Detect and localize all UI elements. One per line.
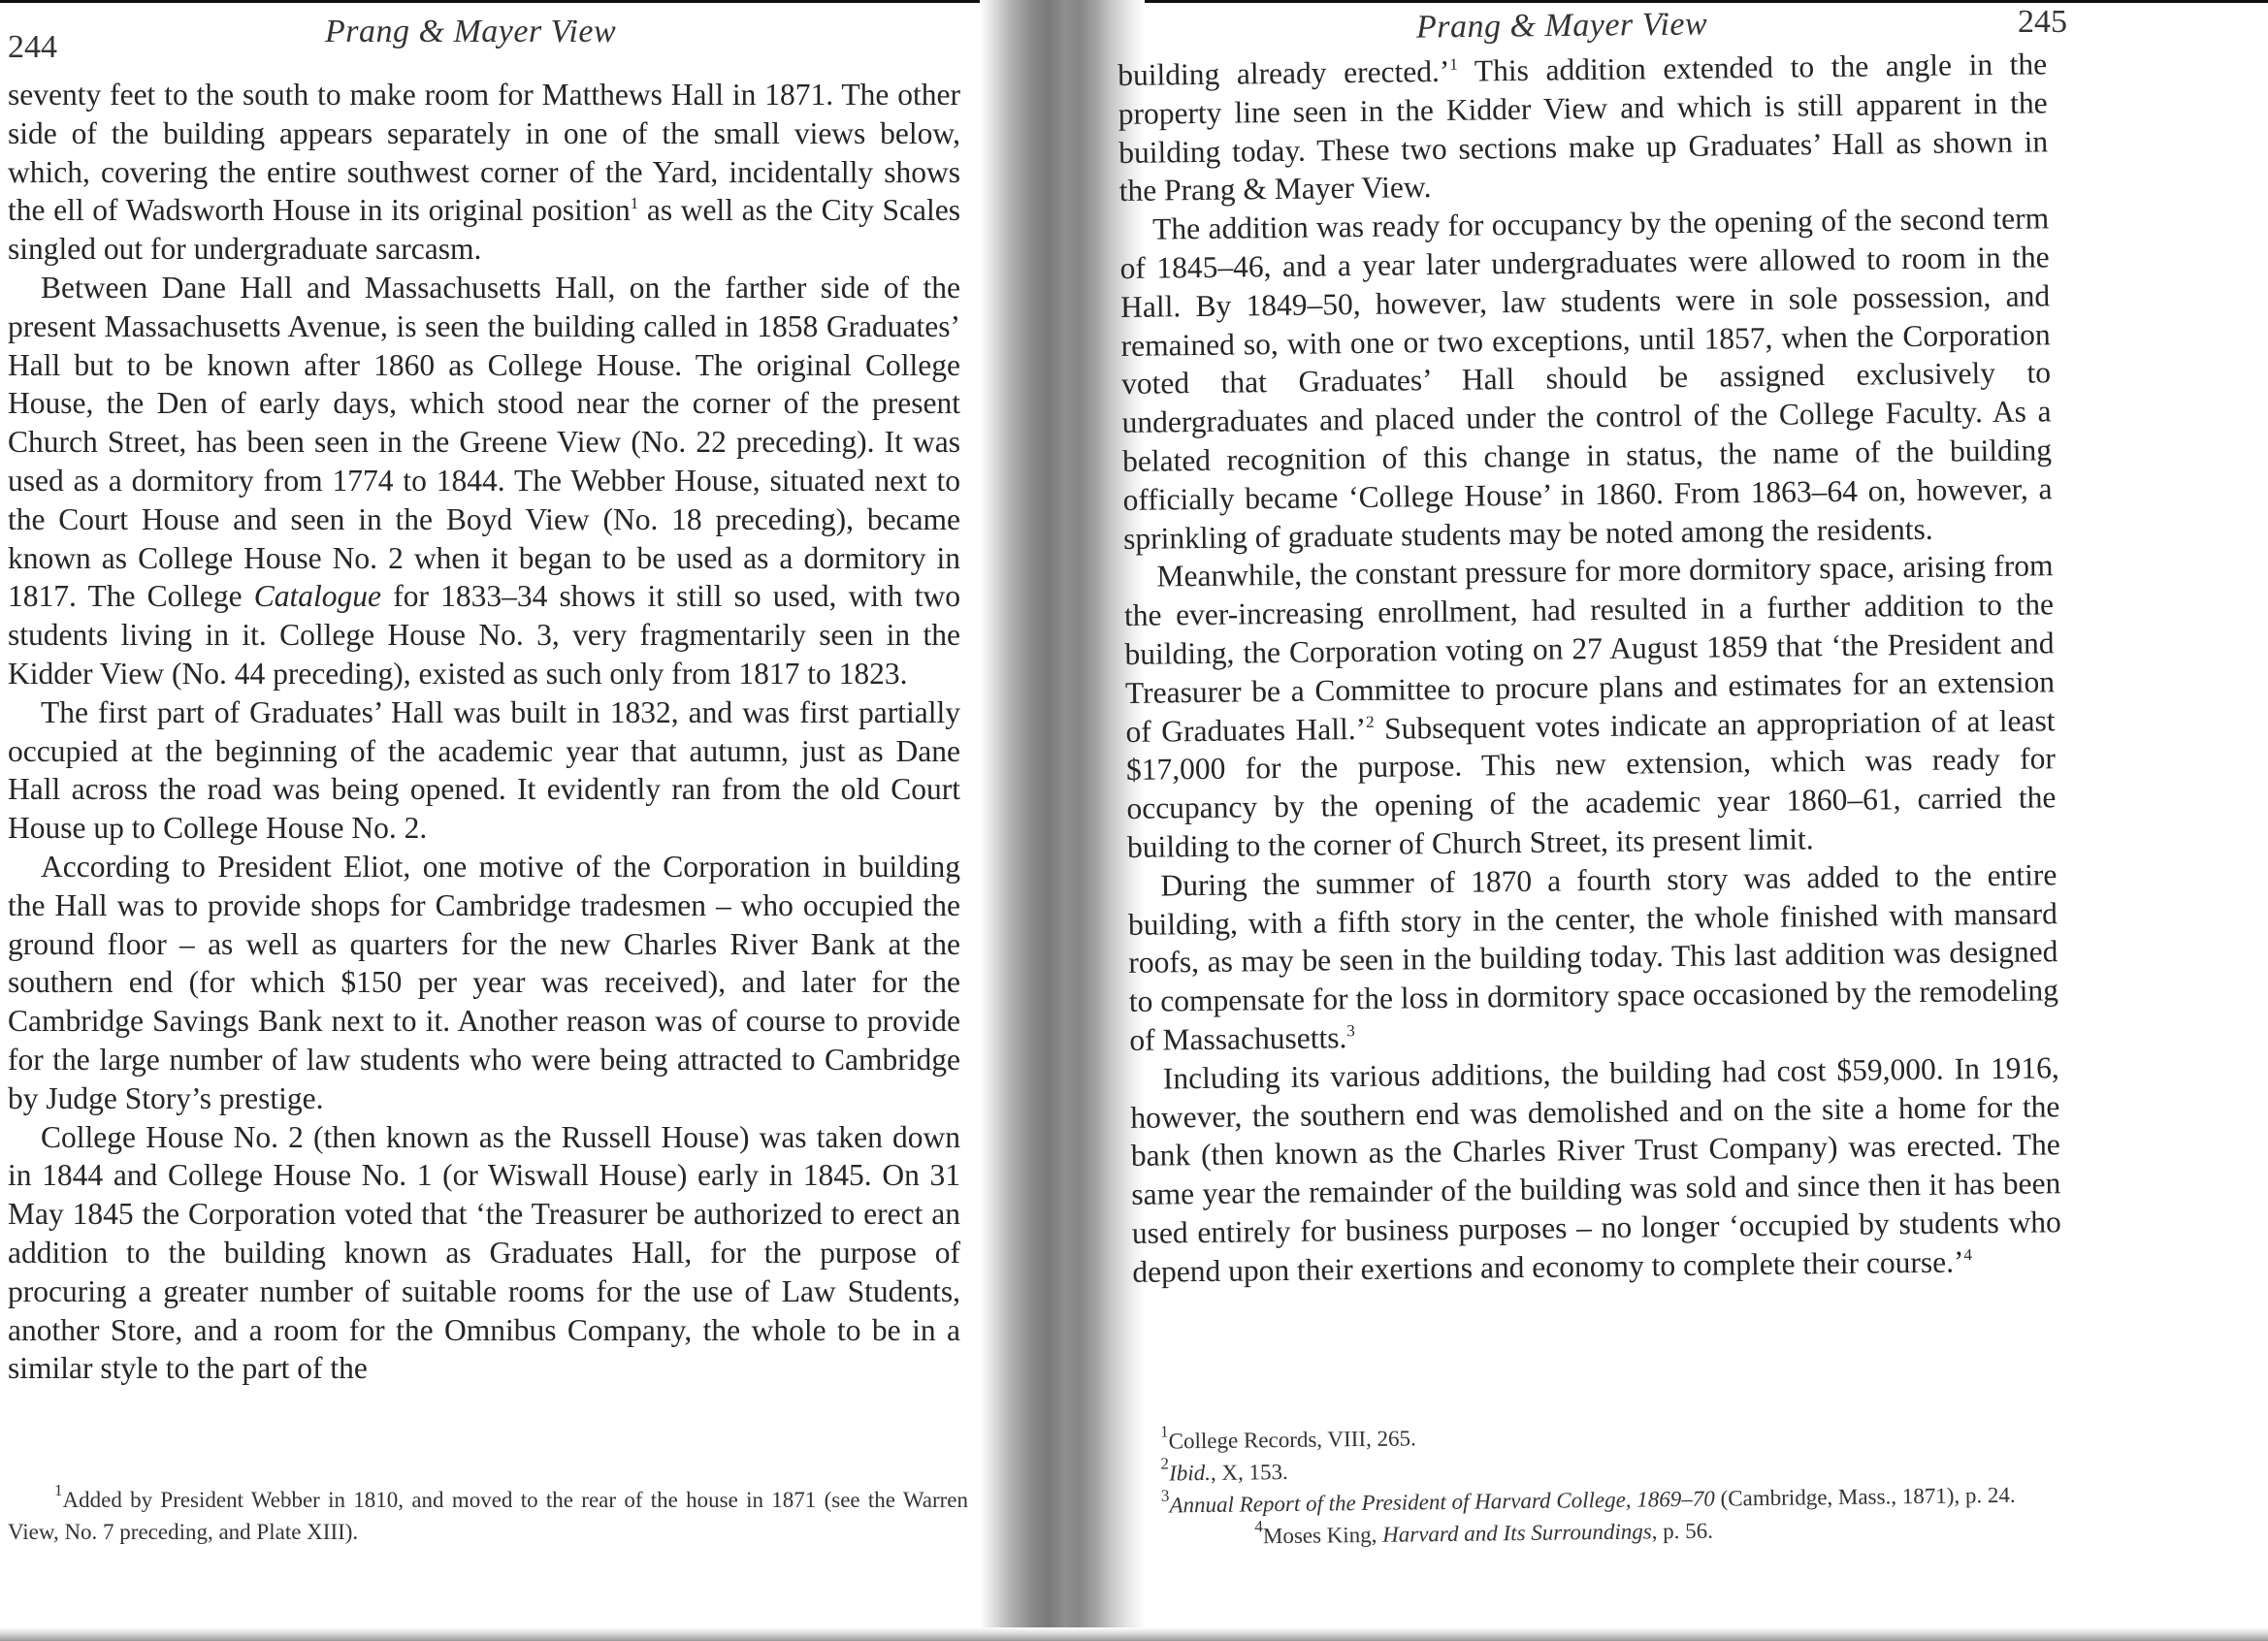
right-page: Prang & Mayer View 245 building already … [1106,0,2268,1641]
footnotes: 1Added by President Webber in 1810, and … [8,1484,968,1548]
running-head: Prang & Mayer View [325,14,616,50]
paragraph: Between Dane Hall and Massachusetts Hall… [8,269,960,693]
paragraph: The addition was ready for occupancy by … [1119,199,2053,558]
scan-bottom-edge [0,1627,2268,1641]
paragraph: The first part of Graduates’ Hall was bu… [8,693,960,848]
footnote-ref: 1 [631,194,639,212]
paragraph: Meanwhile, the constant pressure for mor… [1123,547,2057,867]
body-text: seventy feet to the south to make room f… [8,76,960,1388]
paragraph: Including its various additions, the bui… [1130,1048,2062,1291]
footnote-ref: 3 [1346,1021,1355,1040]
body-text: building already erected.’1 This additio… [1118,45,2061,1291]
footnote: 3Annual Report of the President of Harva… [1128,1478,2060,1554]
page-number: 244 [8,29,57,66]
left-page: 244 Prang & Mayer View seventy feet to t… [0,0,980,1641]
paragraph: According to President Eliot, one motive… [8,848,960,1118]
footnote: 1Added by President Webber in 1810, and … [8,1484,968,1548]
footnote-ref: 1 [1449,55,1458,74]
footnote-ref: 4 [1963,1245,1972,1264]
page-number: 245 [2018,4,2067,41]
paragraph: seventy feet to the south to make room f… [8,76,960,269]
paragraph: During the summer of 1870 a fourth story… [1127,855,2058,1060]
paragraph: building already erected.’1 This additio… [1118,45,2049,210]
paragraph: College House No. 2 (then known as the R… [8,1118,960,1389]
footnotes: 1College Records, VIII, 265. 2Ibid., X, … [1127,1414,2060,1554]
running-head: Prang & Mayer View [1416,6,1708,46]
